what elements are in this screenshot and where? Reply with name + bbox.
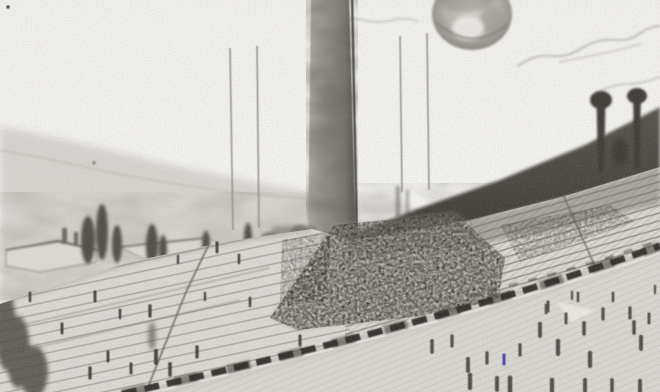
stadium-illustration	[0, 0, 660, 392]
scene	[0, 0, 660, 392]
paper-grain	[0, 0, 660, 392]
